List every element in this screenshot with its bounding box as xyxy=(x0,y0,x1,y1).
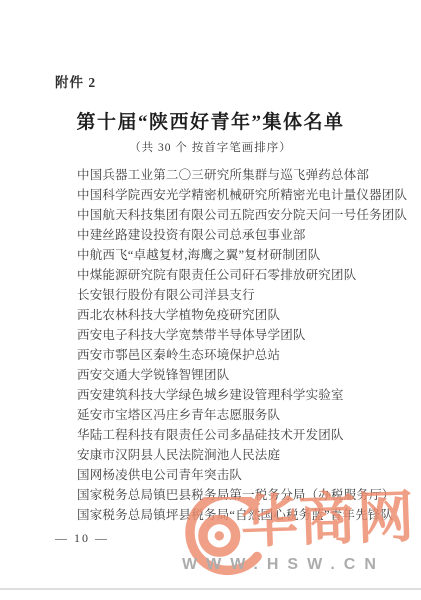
collective-list: 中国兵器工业第二〇三研究所集群与巡飞弹药总体部 中国科学院西安光学精密机械研究所… xyxy=(77,165,417,525)
list-item: 西安电子科技大学宽禁带半导体导学团队 xyxy=(77,325,417,345)
list-item: 西安市鄠邑区秦岭生态环境保护总站 xyxy=(77,345,417,365)
watermark-url-text: WWW.HSW.CN xyxy=(182,556,385,574)
list-item: 国家税务总局镇巴县税务局第一税务分局（办税服务厅） xyxy=(77,485,417,505)
attachment-label: 附件 2 xyxy=(55,71,96,91)
list-item: 国家税务总局镇坪县税务局“自然国心税务蓝”青年先锋队 xyxy=(77,505,417,525)
list-item: 中国航天科技集团有限公司五院西安分院天问一号任务团队 xyxy=(77,205,417,225)
page-number: — 10 — xyxy=(55,531,109,546)
document-page: 附件 2 第十届“陕西好青年”集体名单 （共 30 个 按首字笔画排序） 中国兵… xyxy=(0,0,421,600)
list-item: 长安银行股份有限公司洋县支行 xyxy=(77,285,417,305)
list-item: 国网杨凌供电公司青年突击队 xyxy=(77,465,417,485)
page-title: 第十届“陕西好青年”集体名单 xyxy=(0,107,421,134)
list-item: 安康市汉阴县人民法院涧池人民法庭 xyxy=(77,445,417,465)
list-item: 中建丝路建设投资有限公司总承包事业部 xyxy=(77,225,417,245)
subtitle: （共 30 个 按首字笔画排序） xyxy=(0,139,421,155)
list-item: 中国兵器工业第二〇三研究所集群与巡飞弹药总体部 xyxy=(77,165,417,185)
list-item: 中航西飞“卓越复材,海鹰之翼”复材研制团队 xyxy=(77,245,417,265)
list-item: 西安建筑科技大学绿色城乡建设管理科学实验室 xyxy=(77,385,417,405)
bottom-divider xyxy=(0,588,421,590)
list-item: 中国科学院西安光学精密机械研究所精密光电计量仪器团队 xyxy=(77,185,417,205)
list-item: 中煤能源研究院有限责任公司矸石零排放研究团队 xyxy=(77,265,417,285)
list-item: 延安市宝塔区冯庄乡青年志愿服务队 xyxy=(77,405,417,425)
list-item: 华陆工程科技有限责任公司多晶硅技术开发团队 xyxy=(77,425,417,445)
list-item: 西安交通大学锐锋智锂团队 xyxy=(77,365,417,385)
list-item: 西北农林科技大学植物免疫研究团队 xyxy=(77,305,417,325)
